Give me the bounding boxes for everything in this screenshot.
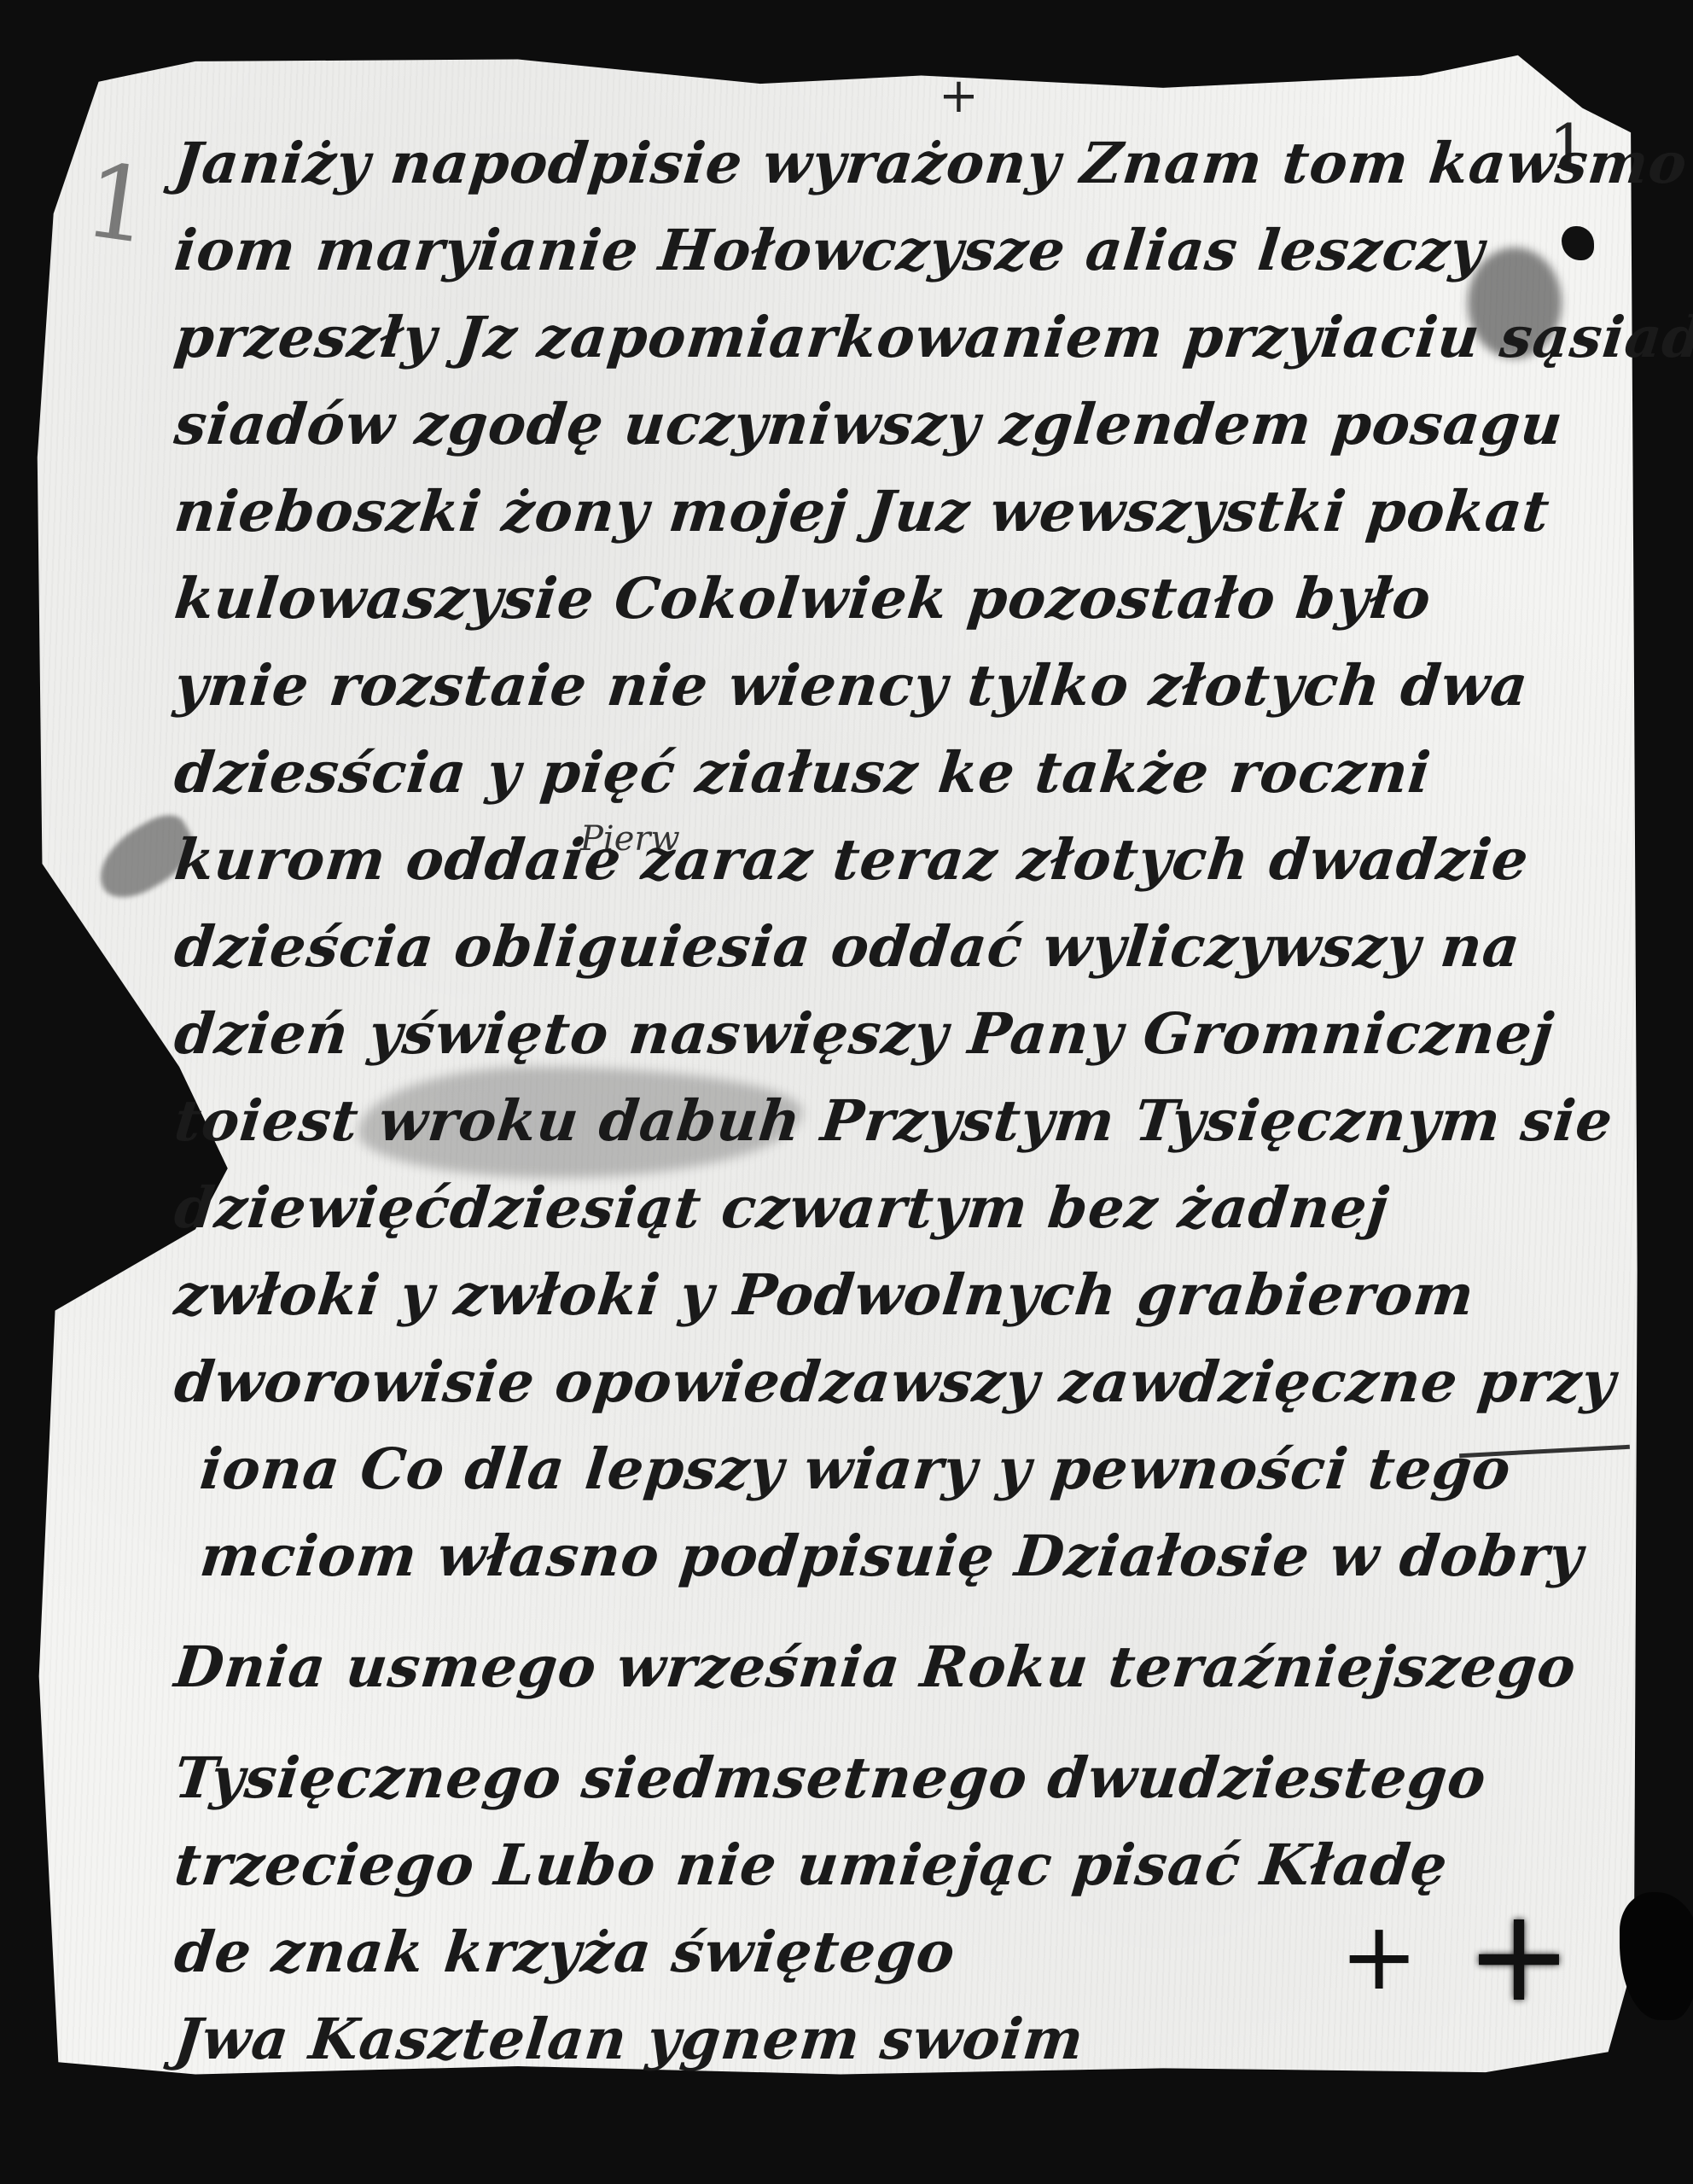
- manuscript-line: kurom oddaie zaraz teraz złotych dwadzie: [171, 816, 1648, 903]
- manuscript-line: przeszły Jz zapomiarkowaniem przyiaciu s…: [171, 294, 1648, 381]
- cross-mark-icon: +: [1340, 1902, 1418, 2011]
- cross-mark-icon: +: [1465, 1882, 1573, 2030]
- manuscript-line: Dnia usmego września Roku teraźniejszego: [171, 1623, 1648, 1710]
- manuscript-line: nieboszki żony mojej Juz wewszystki poka…: [171, 468, 1648, 555]
- manuscript-line: mciom własno podpisuię Działosie w dobry: [171, 1512, 1648, 1599]
- manuscript-text: Janiży napodpisie wyrażony Znam tom kaws…: [175, 119, 1643, 2082]
- manuscript-line: Tysięcznego siedmsetnego dwudziestego: [171, 1734, 1648, 1821]
- manuscript-line: dzieścia obliguiesia oddać wyliczywszy n…: [171, 903, 1648, 990]
- manuscript-line: Janiży napodpisie wyrażony Znam tom kaws…: [171, 119, 1648, 207]
- manuscript-line: siadów zgodę uczyniwszy zglendem posagu: [171, 381, 1648, 468]
- manuscript-line: dziesścia y pięć ziałusz ke także roczni: [171, 729, 1648, 816]
- manuscript-line: iona Co dla lepszy wiary y pewności tego: [171, 1425, 1648, 1512]
- document-scan: 1 + 1 Pierw Janiży napodpisie wyrażony Z…: [0, 0, 1693, 2184]
- manuscript-line: dworowisie opowiedzawszy zawdzięczne prz…: [171, 1338, 1648, 1425]
- manuscript-line: ynie rozstaie nie wiency tylko złotych d…: [171, 642, 1648, 729]
- manuscript-line: kulowaszysie Cokolwiek pozostało było: [171, 555, 1648, 642]
- manuscript-line: dzień yświęto naswięszy Pany Gromnicznej: [171, 990, 1648, 1077]
- manuscript-line: dziewięćdziesiąt czwartym bez żadnej: [171, 1164, 1648, 1251]
- top-cross-mark: +: [939, 68, 979, 124]
- seal-blot-icon: [1620, 1892, 1693, 2020]
- manuscript-line: toiest wroku dabuh Przystym Tysięcznym s…: [171, 1077, 1648, 1164]
- signature-marks: + +: [1340, 1882, 1693, 2030]
- manuscript-line: iom maryianie Hołowczysze alias leszczy: [171, 207, 1648, 294]
- manuscript-line: zwłoki y zwłoki y Podwolnych grabierom: [171, 1251, 1648, 1338]
